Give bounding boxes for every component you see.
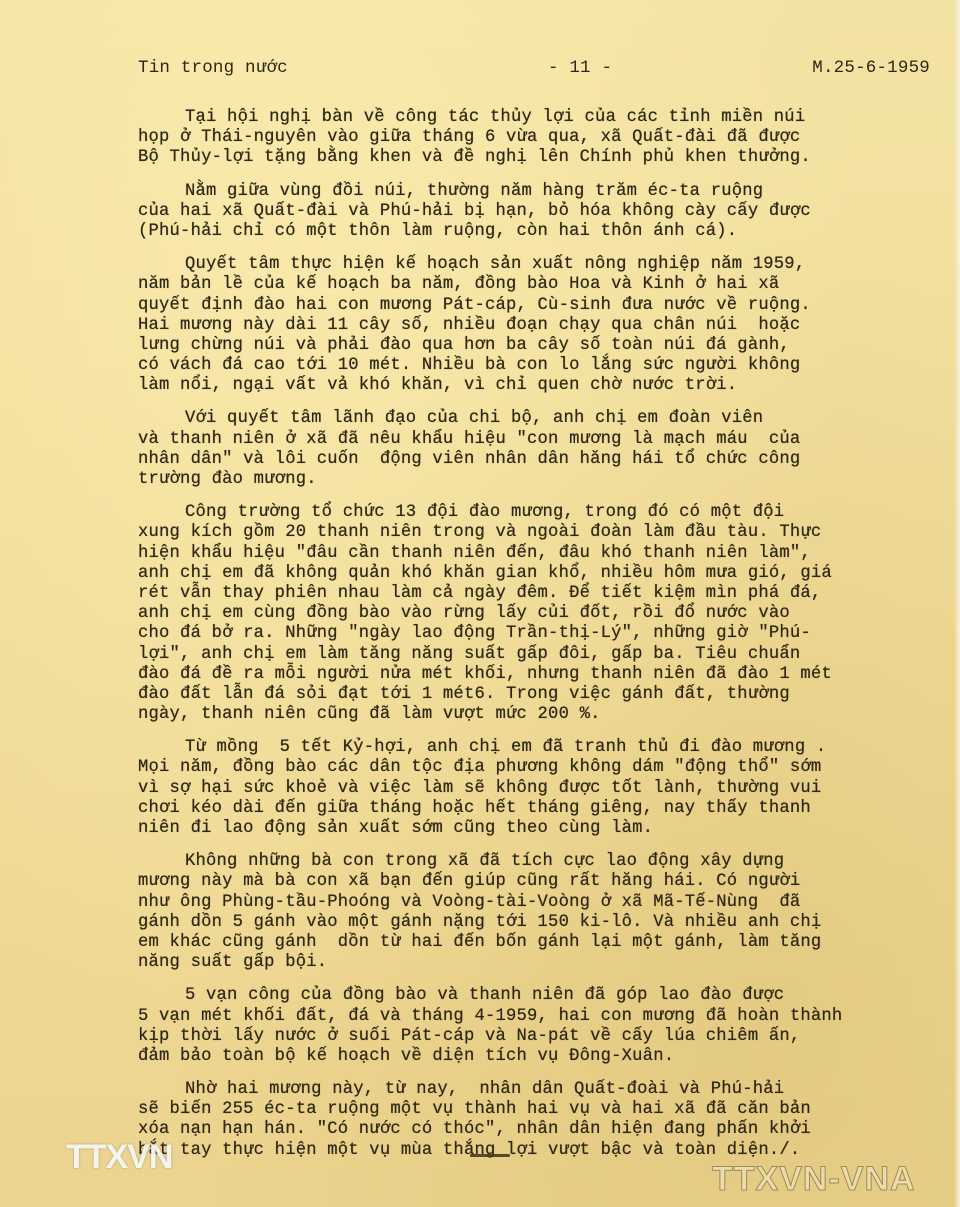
ttxvn-watermark-logo: TTXVN bbox=[66, 1138, 172, 1177]
end-of-article-rule bbox=[470, 1154, 510, 1157]
text-line: đảm bảo toàn bộ kế hoạch về diện tích vụ… bbox=[138, 1047, 938, 1067]
text-line: năm bản lề của kế hoạch ba năm, đồng bào… bbox=[138, 275, 938, 295]
text-line: Tại hội nghị bàn về công tác thủy lợi củ… bbox=[138, 108, 938, 128]
text-line: năng suất gấp bội. bbox=[138, 953, 938, 973]
text-line: cho đá bở ra. Những "ngày lao động Trần-… bbox=[138, 624, 938, 644]
text-line: Không những bà con trong xã đã tích cực … bbox=[138, 852, 938, 872]
text-line: Với quyết tâm lãnh đạo của chi bộ, anh c… bbox=[138, 409, 938, 429]
text-line: rét vẫn thay phiên nhau làm cả ngày đêm.… bbox=[138, 584, 938, 604]
paragraph: Công trường tổ chức 13 đội đào mương, tr… bbox=[138, 503, 938, 725]
text-line: gánh dồn 5 gánh vào một gánh nặng tới 15… bbox=[138, 913, 938, 933]
paragraph: Tại hội nghị bàn về công tác thủy lợi củ… bbox=[138, 108, 938, 169]
ttxvn-vna-watermark: TTXVN-VNA bbox=[712, 1160, 916, 1199]
text-line: đào đá đề ra mỗi người nửa mét khối, như… bbox=[138, 665, 938, 685]
text-line: 5 vạn công của đồng bào và thanh niên đã… bbox=[138, 986, 938, 1006]
text-line: em khác cũng gánh dồn từ hai đến bốn gán… bbox=[138, 933, 938, 953]
text-line: (Phú-hải chỉ có một thôn làm ruộng, còn … bbox=[138, 222, 938, 242]
document-header: Tin trong nước - 11 - M.25-6-1959 bbox=[138, 58, 938, 84]
section-label: Tin trong nước bbox=[138, 58, 288, 78]
text-line: Nằm giữa vùng đồi núi, thường năm hàng t… bbox=[138, 182, 938, 202]
paragraph: Với quyết tâm lãnh đạo của chi bộ, anh c… bbox=[138, 409, 938, 490]
text-line: lợi", anh chị em làm tăng năng suất gấp … bbox=[138, 645, 938, 665]
paper-edge bbox=[954, 0, 960, 1207]
paragraph: Từ mồng 5 tết Kỷ-hợi, anh chị em đã tran… bbox=[138, 738, 938, 839]
paragraph: Không những bà con trong xã đã tích cực … bbox=[138, 852, 938, 973]
text-line: quyết định đào hai con mương Pát-cáp, Cù… bbox=[138, 296, 938, 316]
text-line: mương này mà bà con xã bạn đến giúp cũng… bbox=[138, 872, 938, 892]
text-line: anh chị em đã không quản khó khăn gian k… bbox=[138, 564, 938, 584]
text-line: Công trường tổ chức 13 đội đào mương, tr… bbox=[138, 503, 938, 523]
text-line: họp ở Thái-nguyên vào giữa tháng 6 vừa q… bbox=[138, 128, 938, 148]
page-number: - 11 - bbox=[548, 58, 612, 78]
text-line: xung kích gồm 20 thanh niên trong và ngo… bbox=[138, 523, 938, 543]
document-body: Tại hội nghị bàn về công tác thủy lợi củ… bbox=[138, 108, 938, 1161]
text-line: kịp thời lấy nước ở suối Pát-cáp và Na-p… bbox=[138, 1027, 938, 1047]
text-line: có vách đá cao tới 10 mét. Nhiều bà con … bbox=[138, 356, 938, 376]
paragraph: 5 vạn công của đồng bào và thanh niên đã… bbox=[138, 986, 938, 1067]
text-line: đào đất lẫn đá sỏi đạt tới 1 mét6. Trong… bbox=[138, 685, 938, 705]
text-line: Nhờ hai mương này, từ nay, nhân dân Quất… bbox=[138, 1080, 938, 1100]
text-line: như ông Phùng-tầu-Phoóng và Voòng-tài-Vo… bbox=[138, 893, 938, 913]
text-line: Từ mồng 5 tết Kỷ-hợi, anh chị em đã tran… bbox=[138, 738, 938, 758]
paragraph: Nằm giữa vùng đồi núi, thường năm hàng t… bbox=[138, 182, 938, 243]
text-line: và thanh niên ở xã đã nêu khẩu hiệu "con… bbox=[138, 430, 938, 450]
paragraph: Quyết tâm thực hiện kế hoạch sản xuất nô… bbox=[138, 255, 938, 396]
text-line: bắt tay thực hiện một vụ mùa thắng lợi v… bbox=[138, 1141, 938, 1161]
typewritten-document: Tin trong nước - 11 - M.25-6-1959 Tại hộ… bbox=[138, 58, 938, 1174]
text-line: của hai xã Quất-đài và Phú-hải bị hạn, b… bbox=[138, 202, 938, 222]
text-line: vì sợ hại sức khoẻ và việc làm sẽ không … bbox=[138, 779, 938, 799]
text-line: nhân dân" và lôi cuốn động viên nhân dân… bbox=[138, 450, 938, 470]
text-line: ngày, thanh niên cũng đã làm vượt mức 20… bbox=[138, 705, 938, 725]
paragraph: Nhờ hai mương này, từ nay, nhân dân Quất… bbox=[138, 1080, 938, 1161]
dateline: M.25-6-1959 bbox=[812, 58, 930, 78]
text-line: xóa nạn hạn hán. "Có nước có thóc", nhân… bbox=[138, 1120, 938, 1140]
text-line: trường đào mương. bbox=[138, 470, 938, 490]
text-line: Bộ Thủy-lợi tặng bằng khen và đề nghị lê… bbox=[138, 148, 938, 168]
text-line: lưng chừng núi và phải đào qua hơn ba câ… bbox=[138, 336, 938, 356]
text-line: Hai mương này dài 11 cây số, nhiều đoạn … bbox=[138, 316, 938, 336]
text-line: niên đi lao động sản xuất sớm cũng theo … bbox=[138, 819, 938, 839]
text-line: anh chị em cùng đồng bào vào rừng lấy củ… bbox=[138, 604, 938, 624]
text-line: hiện khẩu hiệu "đâu cần thanh niên đến, … bbox=[138, 544, 938, 564]
text-line: chơi kéo dài đến giữa tháng hoặc hết thá… bbox=[138, 799, 938, 819]
text-line: sẽ biến 255 éc-ta ruộng một vụ thành hai… bbox=[138, 1100, 938, 1120]
text-line: làm nổi, ngại vất vả khó khăn, vì chỉ qu… bbox=[138, 376, 938, 396]
text-line: Quyết tâm thực hiện kế hoạch sản xuất nô… bbox=[138, 255, 938, 275]
text-line: 5 vạn mét khối đất, đá và tháng 4-1959, … bbox=[138, 1007, 938, 1027]
text-line: Mọi năm, đồng bào các dân tộc địa phương… bbox=[138, 758, 938, 778]
